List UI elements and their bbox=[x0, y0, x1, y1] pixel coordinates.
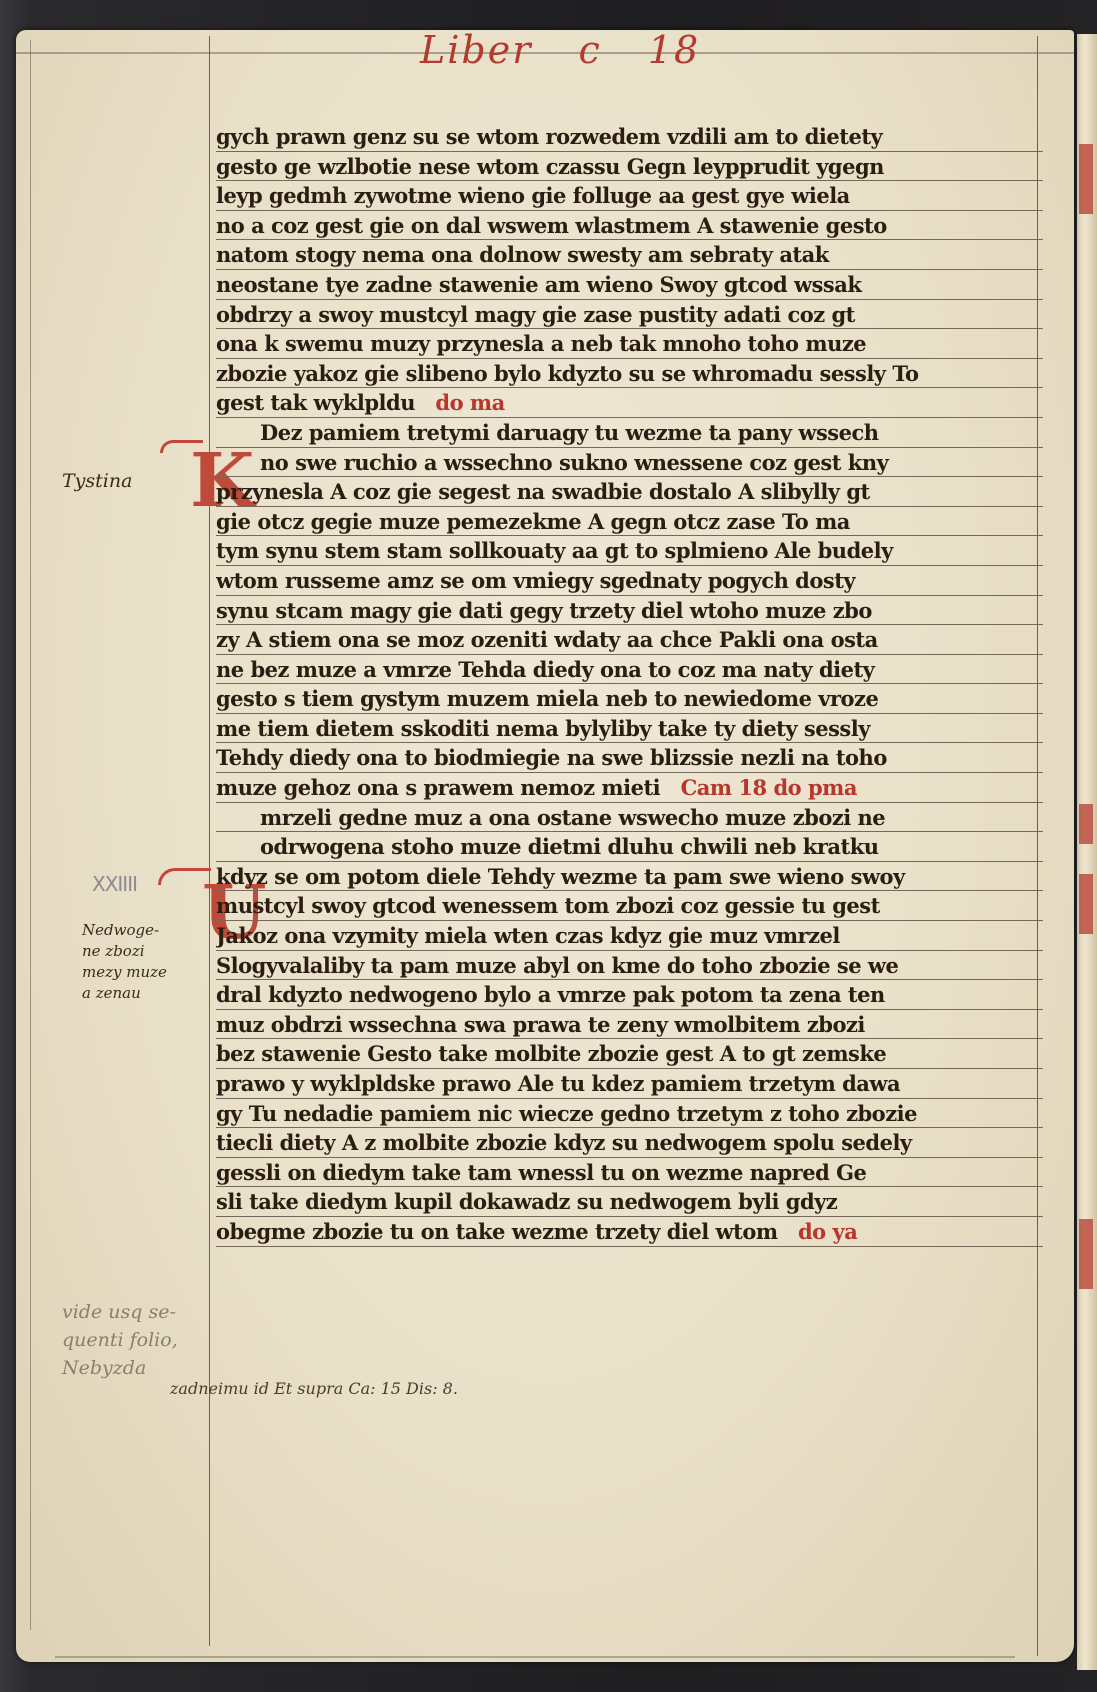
text-line: wtom russeme amz se om vmiegy sgednaty p… bbox=[216, 566, 1043, 596]
text-line: tym synu stem stam sollkouaty aa gt to s… bbox=[216, 536, 1043, 566]
initial-flourish bbox=[160, 440, 203, 453]
text-line: mustcyl swoy gtcod wenessem tom zbozi co… bbox=[216, 891, 1043, 921]
text-line: ne bez muze a vmrze Tehda diedy ona to c… bbox=[216, 655, 1043, 685]
text-line: przynesla A coz gie segest na swadbie do… bbox=[216, 477, 1043, 507]
text-line: bez stawenie Gesto take molbite zbozie g… bbox=[216, 1039, 1043, 1069]
text-line-with-rubric: gest tak wyklpldu do ma bbox=[216, 388, 1043, 418]
rubric-reference: do ya bbox=[798, 1219, 857, 1244]
next-page-edge bbox=[1077, 34, 1097, 1670]
note-line: Nebyzda bbox=[62, 1354, 178, 1382]
text-line: muz obdrzi wssechna swa prawa te zeny wm… bbox=[216, 1010, 1043, 1040]
left-bounding-line bbox=[209, 36, 210, 1646]
text-line: synu stcam magy gie dati gegy trzety die… bbox=[216, 596, 1043, 626]
text-line: leyp gedmh zywotme wieno gie folluge aa … bbox=[216, 181, 1043, 211]
text-line: me tiem dietem sskoditi nema bylyliby ta… bbox=[216, 714, 1043, 744]
outer-margin-line bbox=[30, 40, 31, 1630]
text-line: Slogyvalaliby ta pam muze abyl on kme do… bbox=[216, 951, 1043, 981]
text-line: ona k swemu muzy przynesla a neb tak mno… bbox=[216, 329, 1043, 359]
note-line: vide usq se- bbox=[62, 1298, 178, 1326]
text-line: odrwogena stoho muze dietmi dluhu chwili… bbox=[216, 832, 1043, 862]
text-line: no a coz gest gie on dal wswem wlastmem … bbox=[216, 211, 1043, 241]
text-line: Tehdy diedy ona to biodmiegie na swe bli… bbox=[216, 743, 1043, 773]
text-line: prawo y wyklpldske prawo Ale tu kdez pam… bbox=[216, 1069, 1043, 1099]
text-line: Dez pamiem tretymi daruagy tu wezme ta p… bbox=[216, 418, 1043, 448]
text-line-with-rubric: muze gehoz ona s prawem nemoz mieti Cam … bbox=[216, 773, 1043, 803]
text-line: gesto ge wzlbotie nese wtom czassu Gegn … bbox=[216, 152, 1043, 182]
rubric-fragment bbox=[1079, 874, 1093, 934]
text-line: no swe ruchio a wssechno sukno wnessene … bbox=[216, 448, 1043, 478]
text-line: mrzeli gedne muz a ona ostane wswecho mu… bbox=[216, 803, 1043, 833]
running-header: Liber c 18 bbox=[420, 28, 732, 72]
main-text-block: gych prawn genz su se wtom rozwedem vzdi… bbox=[216, 122, 1043, 1247]
text-line: gie otcz gegie muze pemezekme A gegn otc… bbox=[216, 507, 1043, 537]
text-line: Jakoz ona vzymity miela wten czas kdyz g… bbox=[216, 921, 1043, 951]
text-segment: obegme zbozie tu on take wezme trzety di… bbox=[216, 1219, 778, 1244]
rubric-fragment bbox=[1079, 804, 1093, 844]
note-line: quenti folio, bbox=[62, 1326, 178, 1354]
note-line: mezy muze bbox=[82, 962, 167, 983]
note-line: ne zbozi bbox=[82, 941, 167, 962]
text-line: sli take diedym kupil dokawadz su nedwog… bbox=[216, 1187, 1043, 1217]
bottom-annotation: zadneimu id Et supra Ca: 15 Dis: 8. bbox=[170, 1378, 458, 1400]
text-line: gesto s tiem gystym muzem miela neb to n… bbox=[216, 684, 1043, 714]
text-segment: muze gehoz ona s prawem nemoz mieti bbox=[216, 775, 660, 800]
initial-flourish bbox=[158, 868, 211, 885]
text-line: dral kdyzto nedwogeno bylo a vmrze pak p… bbox=[216, 980, 1043, 1010]
text-line: kdyz se om potom diele Tehdy wezme ta pa… bbox=[216, 862, 1043, 892]
rubric-fragment bbox=[1079, 1219, 1093, 1289]
text-line: natom stogy nema ona dolnow swesty am se… bbox=[216, 240, 1043, 270]
note-line: Nedwoge- bbox=[82, 920, 167, 941]
rubric-fragment bbox=[1079, 144, 1093, 214]
rubric-reference: Cam 18 do pma bbox=[681, 775, 857, 800]
margin-note-nedwogene: Nedwoge- ne zbozi mezy muze a zenau bbox=[82, 920, 167, 1004]
header-liber: Liber bbox=[420, 28, 532, 72]
text-line: neostane tye zadne stawenie am wieno Swo… bbox=[216, 270, 1043, 300]
text-line: zy A stiem ona se moz ozeniti wdaty aa c… bbox=[216, 625, 1043, 655]
text-line: gessli on diedym take tam wnessl tu on w… bbox=[216, 1158, 1043, 1188]
margin-note-tystina: Tystina bbox=[62, 470, 132, 492]
text-line: gy Tu nedadie pamiem nic wiecze gedno tr… bbox=[216, 1099, 1043, 1129]
bottom-ruling bbox=[55, 1656, 1015, 1658]
rubric-reference: do ma bbox=[435, 390, 504, 415]
text-line: tiecli diety A z molbite zbozie kdyz su … bbox=[216, 1128, 1043, 1158]
header-c: c bbox=[578, 28, 601, 72]
note-line: a zenau bbox=[82, 983, 167, 1004]
header-folio-number: 18 bbox=[648, 28, 700, 72]
text-line: obdrzy a swoy mustcyl magy gie zase pust… bbox=[216, 300, 1043, 330]
text-line: zbozie yakoz gie slibeno bylo kdyzto su … bbox=[216, 359, 1043, 389]
margin-roman-numeral: XXIIII bbox=[92, 872, 137, 896]
text-line: gych prawn genz su se wtom rozwedem vzdi… bbox=[216, 122, 1043, 152]
margin-note-vide: vide usq se- quenti folio, Nebyzda bbox=[62, 1298, 178, 1382]
text-line-with-rubric: obegme zbozie tu on take wezme trzety di… bbox=[216, 1217, 1043, 1247]
text-segment: gest tak wyklpldu bbox=[216, 390, 415, 415]
